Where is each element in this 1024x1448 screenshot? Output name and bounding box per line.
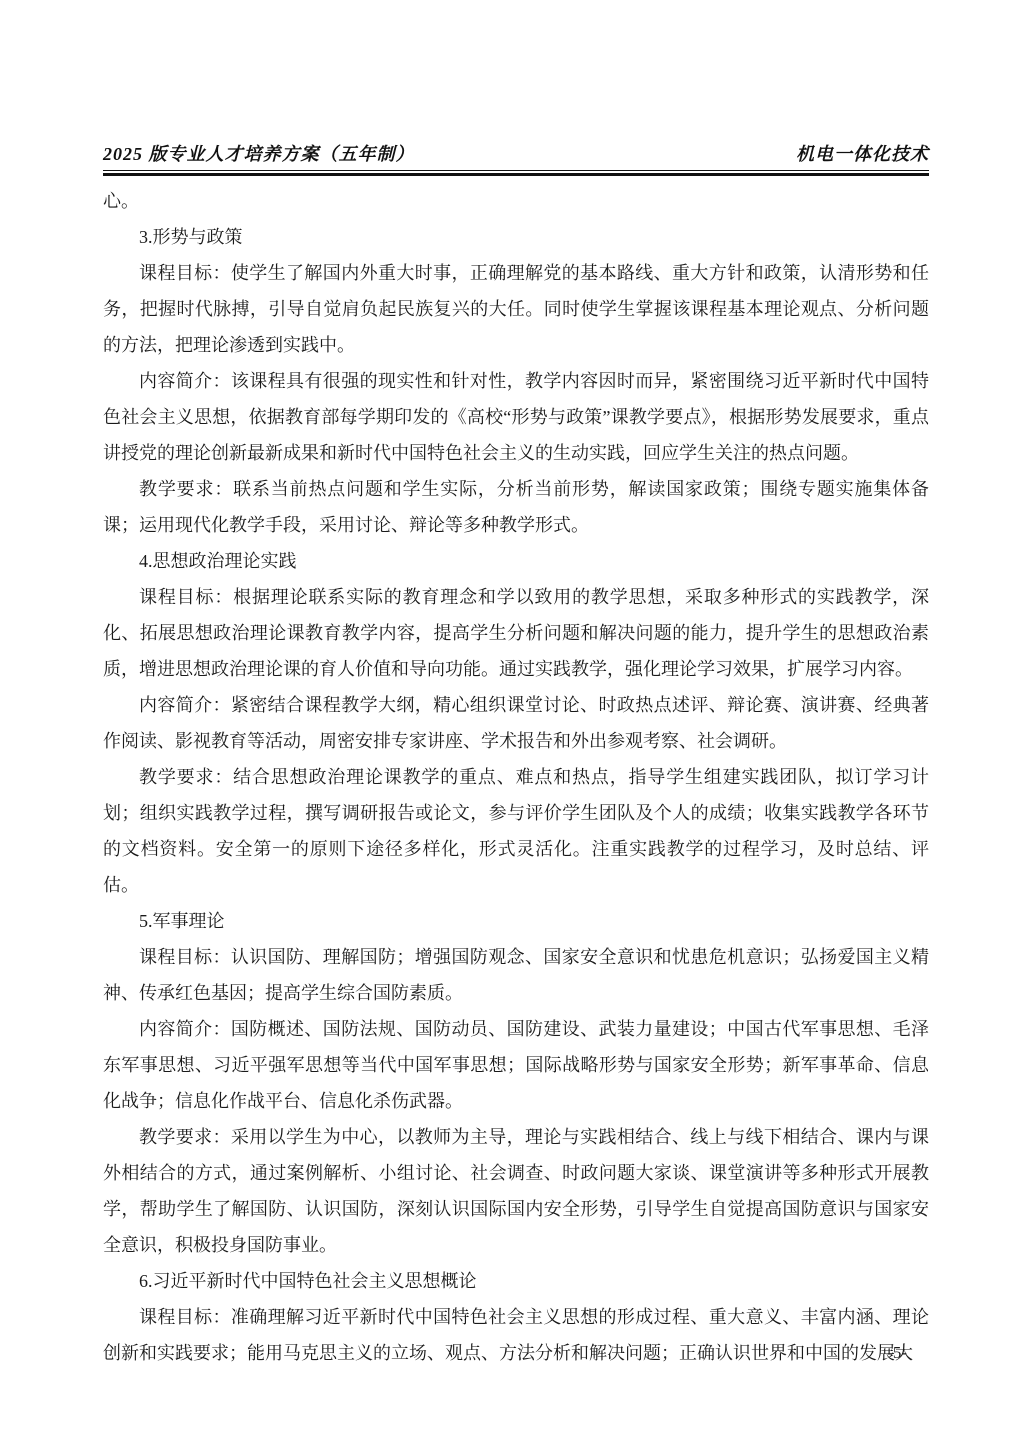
- paragraph: 内容简介：紧密结合课程教学大纲，精心组织课堂讨论、时政热点述评、辩论赛、演讲赛、…: [103, 687, 929, 759]
- document-page: 2025 版专业人才培养方案（五年制） 机电一体化技术 心。 3.形势与政策 课…: [0, 0, 1024, 1448]
- paragraph: 心。: [103, 183, 929, 219]
- paragraph: 课程目标：使学生了解国内外重大时事，正确理解党的基本路线、重大方针和政策，认清形…: [103, 255, 929, 363]
- paragraph: 5.军事理论: [103, 903, 929, 939]
- header-left-title: 2025 版专业人才培养方案（五年制）: [103, 140, 415, 166]
- paragraph: 教学要求：采用以学生为中心，以教师为主导，理论与实践相结合、线上与线下相结合、课…: [103, 1119, 929, 1263]
- paragraph: 课程目标：认识国防、理解国防；增强国防观念、国家安全意识和忧患危机意识；弘扬爱国…: [103, 939, 929, 1011]
- paragraph: 4.思想政治理论实践: [103, 543, 929, 579]
- page-header: 2025 版专业人才培养方案（五年制） 机电一体化技术: [103, 140, 929, 166]
- header-rule: [103, 170, 929, 176]
- paragraph: 教学要求：结合思想政治理论课教学的重点、难点和热点，指导学生组建实践团队，拟订学…: [103, 759, 929, 903]
- page-number: -5-: [887, 1343, 907, 1362]
- paragraph: 课程目标：根据理论联系实际的教育理念和学以致用的教学思想，采取多种形式的实践教学…: [103, 579, 929, 687]
- page-footer: -5-: [103, 1343, 929, 1363]
- paragraph: 3.形势与政策: [103, 219, 929, 255]
- paragraph: 6.习近平新时代中国特色社会主义思想概论: [103, 1263, 929, 1299]
- paragraph: 内容简介：国防概述、国防法规、国防动员、国防建设、武装力量建设；中国古代军事思想…: [103, 1011, 929, 1119]
- paragraph: 内容简介：该课程具有很强的现实性和针对性，教学内容因时而异，紧密围绕习近平新时代…: [103, 363, 929, 471]
- header-right-title: 机电一体化技术: [796, 140, 929, 166]
- document-body: 心。 3.形势与政策 课程目标：使学生了解国内外重大时事，正确理解党的基本路线、…: [103, 183, 929, 1371]
- paragraph: 教学要求：联系当前热点问题和学生实际，分析当前形势，解读国家政策；围绕专题实施集…: [103, 471, 929, 543]
